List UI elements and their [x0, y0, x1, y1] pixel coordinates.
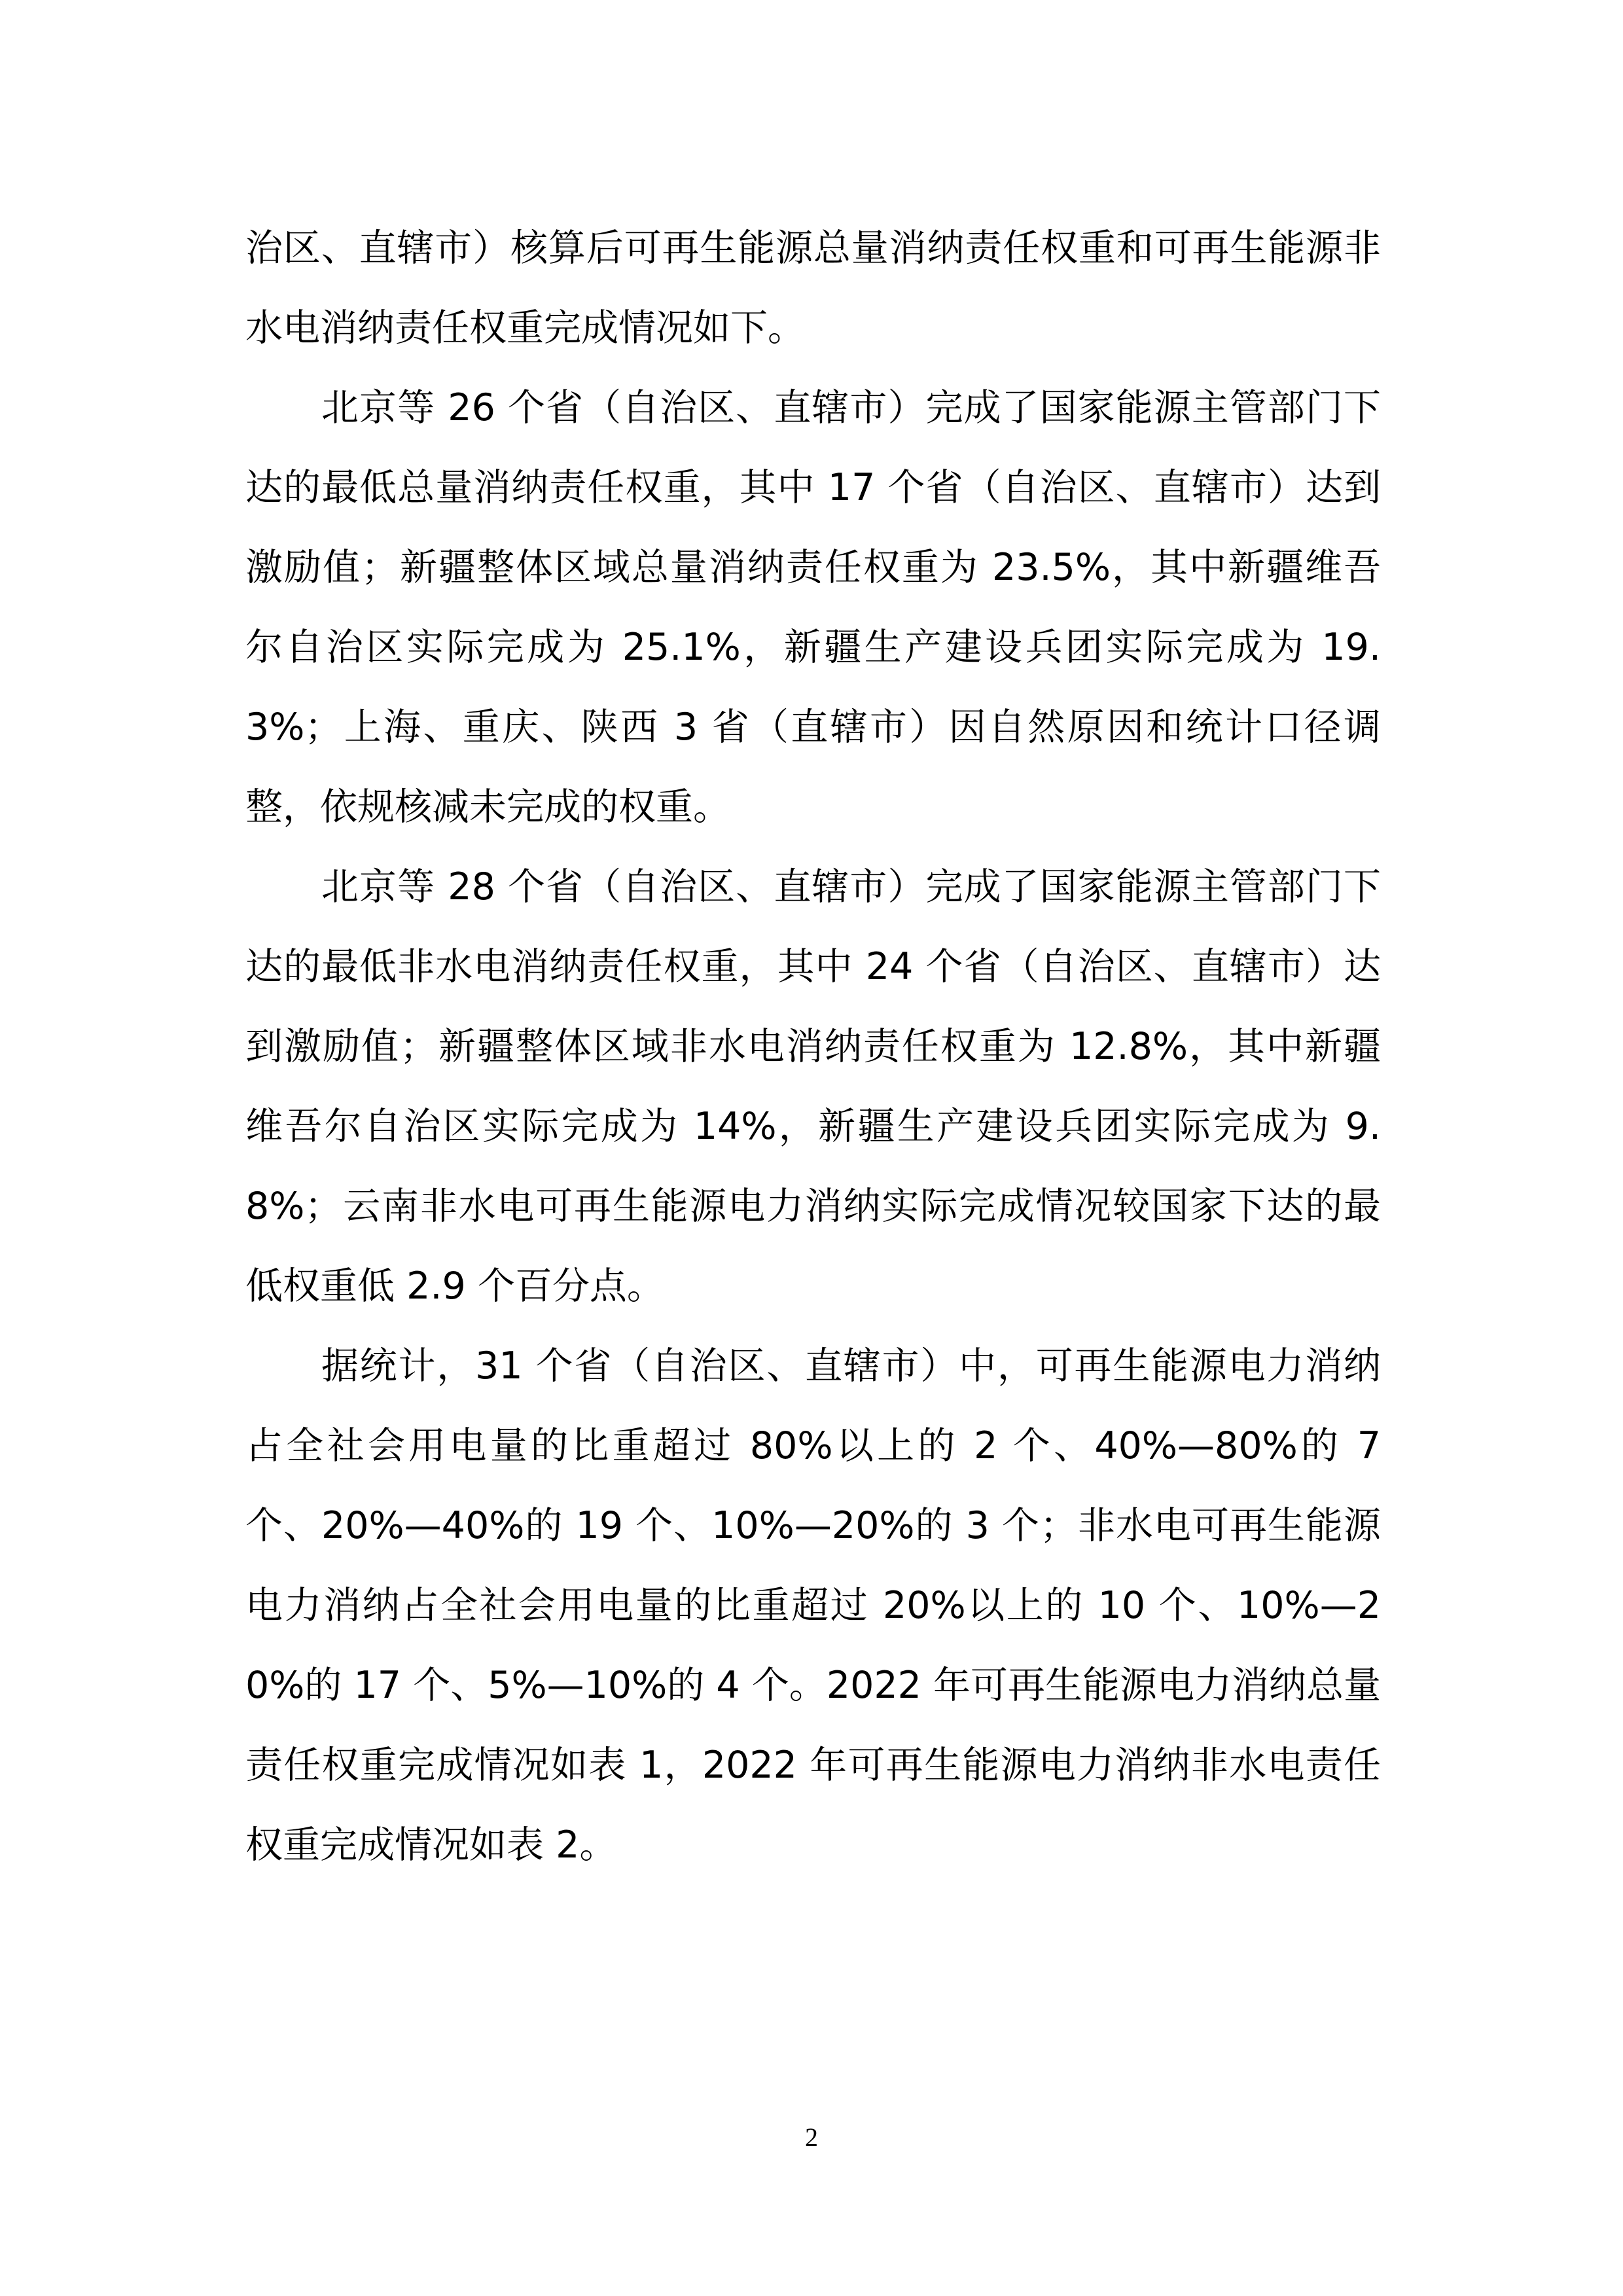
paragraph-non-hydro-weight-completion: 北京等 28 个省（自治区、直辖市）完成了国家能源主管部门下达的最低非水电消纳责… [245, 847, 1381, 1326]
body-text: 治区、直辖市）核算后可再生能源总量消纳责任权重和可再生能源非水电消纳责任权重完成… [245, 208, 1381, 1885]
document-page: 治区、直辖市）核算后可再生能源总量消纳责任权重和可再生能源非水电消纳责任权重完成… [0, 0, 1623, 2296]
paragraph-total-weight-completion: 北京等 26 个省（自治区、直辖市）完成了国家能源主管部门下达的最低总量消纳责任… [245, 368, 1381, 847]
paragraph-continuation: 治区、直辖市）核算后可再生能源总量消纳责任权重和可再生能源非水电消纳责任权重完成… [245, 208, 1381, 368]
paragraph-statistics-summary: 据统计，31 个省（自治区、直辖市）中，可再生能源电力消纳占全社会用电量的比重超… [245, 1326, 1381, 1885]
page-number: 2 [0, 2118, 1623, 2157]
